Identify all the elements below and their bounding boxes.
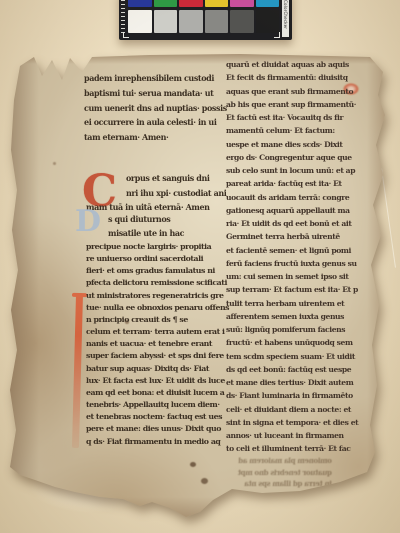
manuscript-line: tem scdm speciem suam· Et uidit xyxy=(226,350,358,363)
gray-patch xyxy=(256,10,280,33)
manuscript-line: um: cui semen in semet ipso sit xyxy=(226,270,358,283)
manuscript-line: baptismi tui· serua mandata· ut xyxy=(84,86,227,101)
manuscript-line: tulit terra herbam uirentem et xyxy=(226,297,358,310)
manuscript-line: ds· Fiant luminaria in firmamēto xyxy=(226,389,358,402)
manuscript-line: afferentem semen iuxta genus xyxy=(226,310,358,323)
manuscript-photo: { "page": { "backdrop_color": "#e9dabb",… xyxy=(0,0,400,533)
right-column-genesis-block: quarū et diuidat aquas ab aquisEt fecit … xyxy=(226,58,358,456)
checker-corner-mark xyxy=(274,32,280,38)
manuscript-line: cum uenerit dns ad nuptias· possis xyxy=(84,101,227,116)
manuscript-line: precipue nocte largiris· propitia xyxy=(86,241,229,253)
manuscript-line: sup terram· Et factum est ita· Et p xyxy=(226,283,358,296)
left-column-genesis-block: precipue nocte largiris· propitiare uniu… xyxy=(86,241,229,448)
stain xyxy=(190,462,196,467)
checker-gray-row xyxy=(128,10,279,33)
manuscript-line: quarū et diuidat aquas ab aquis xyxy=(226,58,358,71)
manuscript-line: ei occurrere in aula celesti· in ui xyxy=(84,115,227,130)
left-column-prayer-block: padem inrephensibilem custodibaptismi tu… xyxy=(84,71,227,145)
color-patch xyxy=(230,0,254,7)
parchment-leaf: padem inrephensibilem custodibaptismi tu… xyxy=(5,50,389,523)
manuscript-line: to celi et illuminent terrā· Et fac xyxy=(226,442,358,455)
manuscript-line: tue· nulla ee obnoxios penaru offens xyxy=(86,302,229,314)
manuscript-line: ria· Et uidit ds qd eet bonū et ait xyxy=(226,217,358,230)
manuscript-line: annos· ut luceant in firmamen xyxy=(226,429,358,442)
gray-patch xyxy=(205,10,229,33)
manuscript-line: ergo ds· Congregentur aque que xyxy=(226,151,358,164)
stain xyxy=(53,162,56,165)
show-through-line: omionem pla maiorem ad xyxy=(238,455,332,467)
manuscript-line: uocauit ds aridam terrā: congre xyxy=(226,191,358,204)
parchment-surface: padem inrephensibilem custodibaptismi tu… xyxy=(5,50,389,523)
stain xyxy=(201,478,208,484)
gray-patch xyxy=(154,10,178,33)
color-patch xyxy=(179,0,203,7)
manuscript-line: q ds· Fiat firmamentu in medio aq xyxy=(86,436,229,448)
manuscript-line: tenebris· Appellauitq lucem diem· xyxy=(86,399,229,411)
manuscript-line: sub celo sunt in locum unū: et ap xyxy=(226,164,358,177)
manuscript-line: batur sup aquas· Dixitq ds· Fiat xyxy=(86,363,229,375)
manuscript-line: lux· Et facta est lux· Et uidit ds luce xyxy=(86,375,229,387)
manuscript-line: misatile ute in hac xyxy=(86,226,184,240)
show-through-line: quatuor tenebris dno mpt xyxy=(238,467,332,479)
show-through-line: in terra qd illam sps nta xyxy=(238,478,332,490)
checker-corner-mark xyxy=(123,32,129,38)
manuscript-line: Germinet terra herbā uirentē xyxy=(226,230,358,243)
color-patch xyxy=(154,0,178,7)
color-patch xyxy=(128,0,152,7)
manuscript-line: sint in signa et tempora· et dies et xyxy=(226,416,358,429)
manuscript-line: mamentū celum· Et factum: xyxy=(226,124,358,137)
manuscript-line: eam qd eet bona: et diuisit lucem a xyxy=(86,387,229,399)
manuscript-line: pere et mane: dies unus· Dixit quo xyxy=(86,423,229,435)
manuscript-line: ds qd eet bonū: factūq est uespe xyxy=(226,363,358,376)
left-column-corpus-block: orpus et sanguis dninri ihu xpi· custodi… xyxy=(86,171,226,215)
show-through-text: omionem pla maiorem adquatuor tenebris d… xyxy=(238,455,332,490)
gray-patch xyxy=(128,10,152,33)
manuscript-line: tam eternam· Amen· xyxy=(84,130,227,145)
manuscript-line: nri ihu xpi· custodiat ani xyxy=(86,186,226,201)
checker-ruler-ticks xyxy=(121,0,125,35)
manuscript-line: pfecta delictoru remissione scificati xyxy=(86,277,229,289)
manuscript-line: et facientē semen· et lignū pomi xyxy=(226,244,358,257)
manuscript-line: n principio creauit ds ¶ se xyxy=(86,314,229,326)
manuscript-line: gationesq aquarū appellauit ma xyxy=(226,204,358,217)
left-column-collect-intro: s qui diuturnosmisatile ute in hac xyxy=(86,212,184,240)
manuscript-line: et mane dies tertius· Dixit autem xyxy=(226,376,358,389)
manuscript-line: Et fecit ds firmamentū: diuisitq xyxy=(226,71,358,84)
color-patch xyxy=(256,0,280,7)
manuscript-line: Et factū est ita· Vocauitq ds fir xyxy=(226,111,358,124)
manuscript-line: uespe et mane dies scds· Dixit xyxy=(226,138,358,151)
manuscript-line: ferū faciens fructū iuxta genus su xyxy=(226,257,358,270)
manuscript-line: s qui diuturnos xyxy=(86,212,184,226)
manuscript-line: re uniuerso ordini sacerdotali xyxy=(86,253,229,265)
gray-patch xyxy=(179,10,203,33)
red-initial-i xyxy=(72,293,83,448)
checker-color-row xyxy=(128,0,279,7)
manuscript-line: et tenebras noctem· factuq est ues xyxy=(86,411,229,423)
manuscript-line: super faciem abyssi· et sps dni fere xyxy=(86,350,229,362)
manuscript-line: ut ministratores regeneratricis gre xyxy=(86,290,229,302)
manuscript-line: nanis et uacua· et tenebre erant xyxy=(86,338,229,350)
manuscript-line: fieri· et oms gradus famulatus ni xyxy=(86,265,229,277)
manuscript-line: celi· et diuidant diem a nocte: et xyxy=(226,403,358,416)
color-checker-card: ColorChecker xyxy=(119,0,292,40)
checker-brand-label: ColorChecker xyxy=(282,0,289,37)
manuscript-line: celum et terram· terra autem erat i xyxy=(86,326,229,338)
manuscript-line: aquas que erant sub firmamento xyxy=(226,85,358,98)
manuscript-line: ab his que erant sup firmamentū· xyxy=(226,98,358,111)
manuscript-line: padem inrephensibilem custodi xyxy=(84,71,227,86)
manuscript-line: orpus et sanguis dni xyxy=(86,171,226,186)
gray-patch xyxy=(230,10,254,33)
color-patch xyxy=(205,0,229,7)
manuscript-line: pareat arida· factūq est ita· Et xyxy=(226,177,358,190)
manuscript-line: suū: lignūq pomiferum faciens xyxy=(226,323,358,336)
manuscript-line: fructū· et habens unūquodq sem xyxy=(226,336,358,349)
